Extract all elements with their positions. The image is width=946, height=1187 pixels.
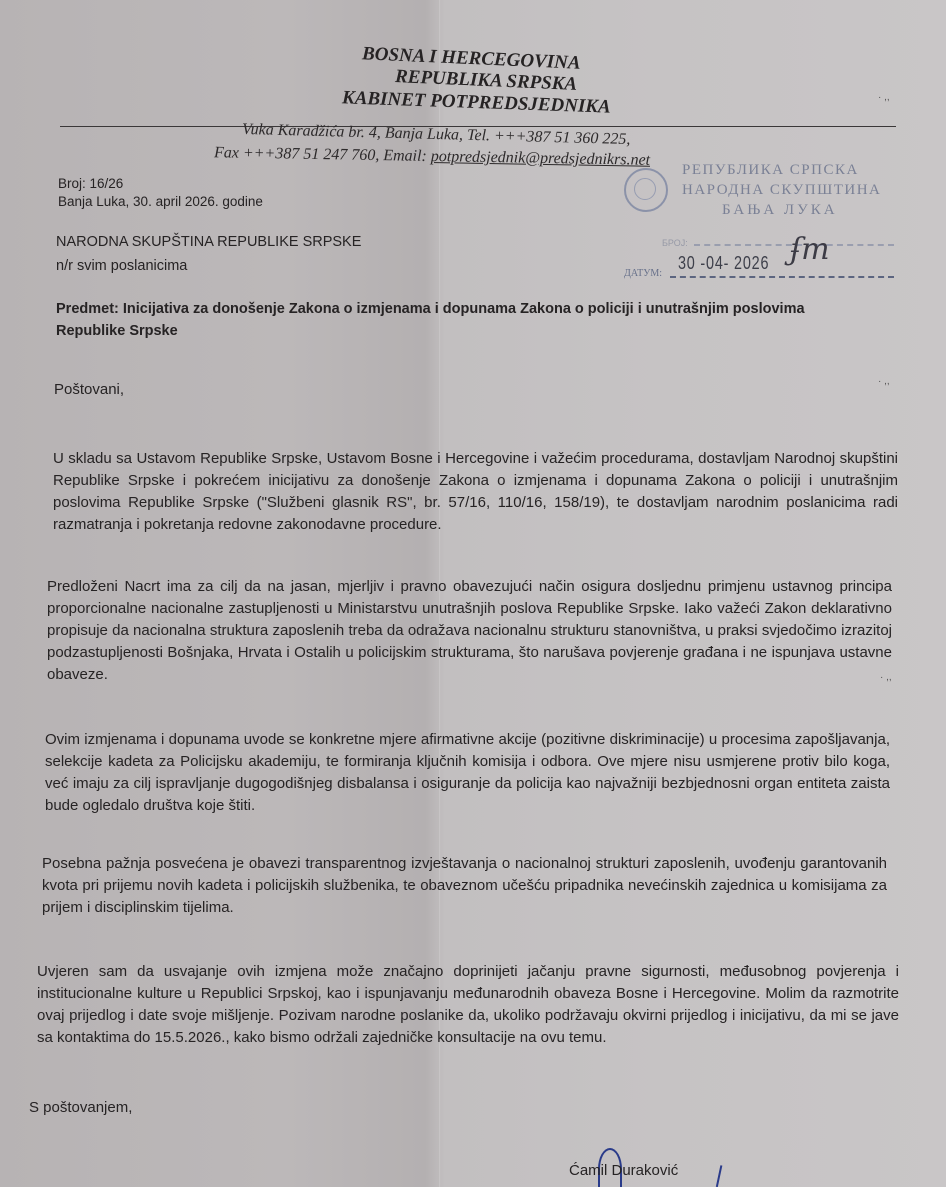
paper-speck: · ,, [880,672,892,683]
stamp-date-value: 30 -04- 2026 [678,253,769,274]
paper-speck: · ,, [878,376,890,387]
place-date: Banja Luka, 30. april 2026. godine [58,194,263,209]
subject-line: Predmet: Inicijativa za donošenje Zakona… [56,298,876,342]
body-paragraph: U skladu sa Ustavom Republike Srpske, Us… [53,448,898,536]
stamp-date-label: ДАТУМ: [624,268,662,279]
paper-speck: · ,, [878,92,890,103]
stamp-line-2: НАРОДНА СКУПШТИНА [682,182,881,199]
body-paragraph: Posebna pažnja posvećena je obavezi tran… [42,853,887,919]
letterhead-contact: Fax +++387 51 247 760, Email: potpredsje… [214,144,650,170]
recipient-name: NARODNA SKUPŠTINA REPUBLIKE SRPSKE [56,234,361,250]
email-link[interactable]: potpredsjednik@predsjednikrs.net [431,148,651,169]
body-paragraph: Predloženi Nacrt ima za cilj da na jasan… [47,576,892,686]
signatory-name: Ćamil Duraković [569,1162,678,1179]
stamp-date-field [670,276,894,278]
stamp-line-3: БАЊА ЛУКА [722,202,838,219]
receipt-stamp: РЕПУБЛИКА СРПСКА НАРОДНА СКУПШТИНА БАЊА … [624,160,914,280]
greeting: Poštovani, [54,381,124,398]
body-paragraph: Ovim izmjenama i dopunama uvode se konkr… [45,729,890,817]
stamp-line-1: РЕПУБЛИКА СРПСКА [682,162,859,179]
stamp-initials-signature: ʄm [790,232,830,267]
fax-text: Fax +++387 51 247 760, Email: [214,144,431,165]
stamp-number-label: БРОЈ: [662,238,688,248]
seal-icon [624,168,668,212]
signature-stroke [716,1165,730,1187]
closing: S poštovanjem, [29,1099,132,1116]
body-paragraph: Uvjeren sam da usvajanje ovih izmjena mo… [37,961,899,1049]
recipient-attention: n/r svim poslanicima [56,258,187,274]
reference-number: Broj: 16/26 [58,176,123,191]
